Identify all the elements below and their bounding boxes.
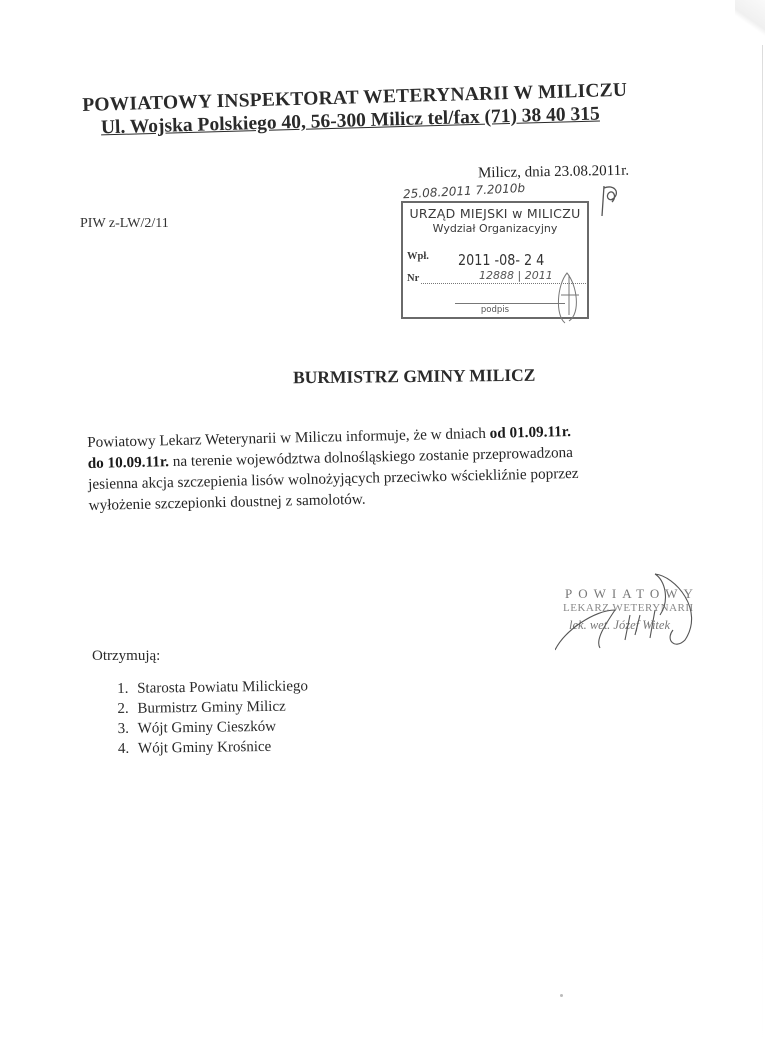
scan-speck bbox=[560, 994, 563, 997]
stamp-department: Wydział Organizacyjny bbox=[403, 222, 587, 235]
date-to: do 10.09.11r. bbox=[88, 453, 170, 472]
recipient-item: 4.Wójt Gminy Krośnice bbox=[118, 736, 309, 759]
page-edge bbox=[762, 0, 763, 1052]
date-from: od 01.09.11r. bbox=[489, 423, 571, 442]
signature-scribble-icon bbox=[551, 265, 585, 325]
letter-body: Powiatowy Lekarz Weterynarii w Miliczu i… bbox=[87, 418, 689, 516]
recipients-list: 1.Starosta Powiatu Milickiego 2.Burmistr… bbox=[117, 676, 309, 759]
stamp-received-date: 2011 -08- 2 4 bbox=[458, 251, 544, 269]
recipients-label: Otrzymują: bbox=[92, 648, 160, 665]
stamp-number-label: Nr bbox=[407, 273, 419, 284]
page-corner-fold bbox=[735, 0, 765, 45]
receipt-stamp: URZĄD MIEJSKI w MILICZU Wydział Organiza… bbox=[401, 201, 589, 319]
stamp-number-value: 12888 | 2011 bbox=[479, 269, 553, 282]
recipient-item: 2.Burmistrz Gminy Milicz bbox=[117, 696, 308, 719]
recipient-item: 3.Wójt Gminy Cieszków bbox=[118, 716, 309, 739]
stamp-office: URZĄD MIEJSKI w MILICZU bbox=[403, 206, 587, 221]
addressee: BURMISTRZ GMINY MILICZ bbox=[293, 365, 536, 389]
recipient-item: 1.Starosta Powiatu Milickiego bbox=[117, 676, 308, 699]
stamp-signature-line bbox=[455, 303, 565, 304]
handwritten-note: 25.08.2011 7.2010b bbox=[403, 181, 526, 201]
official-stamp: POWIATOWY LEKARZ WETERYNARII lek. wet. J… bbox=[555, 582, 715, 662]
stamp-received-label: Wpł. bbox=[407, 251, 429, 262]
reference-number: PIW z-LW/2/11 bbox=[80, 216, 169, 232]
letterhead: POWIATOWY INSPEKTORAT WETERYNARII W MILI… bbox=[80, 79, 661, 140]
place-date: Milicz, dnia 23.08.2011r. bbox=[478, 163, 629, 183]
signature-icon bbox=[555, 570, 715, 660]
handwritten-initials-icon bbox=[596, 182, 622, 218]
